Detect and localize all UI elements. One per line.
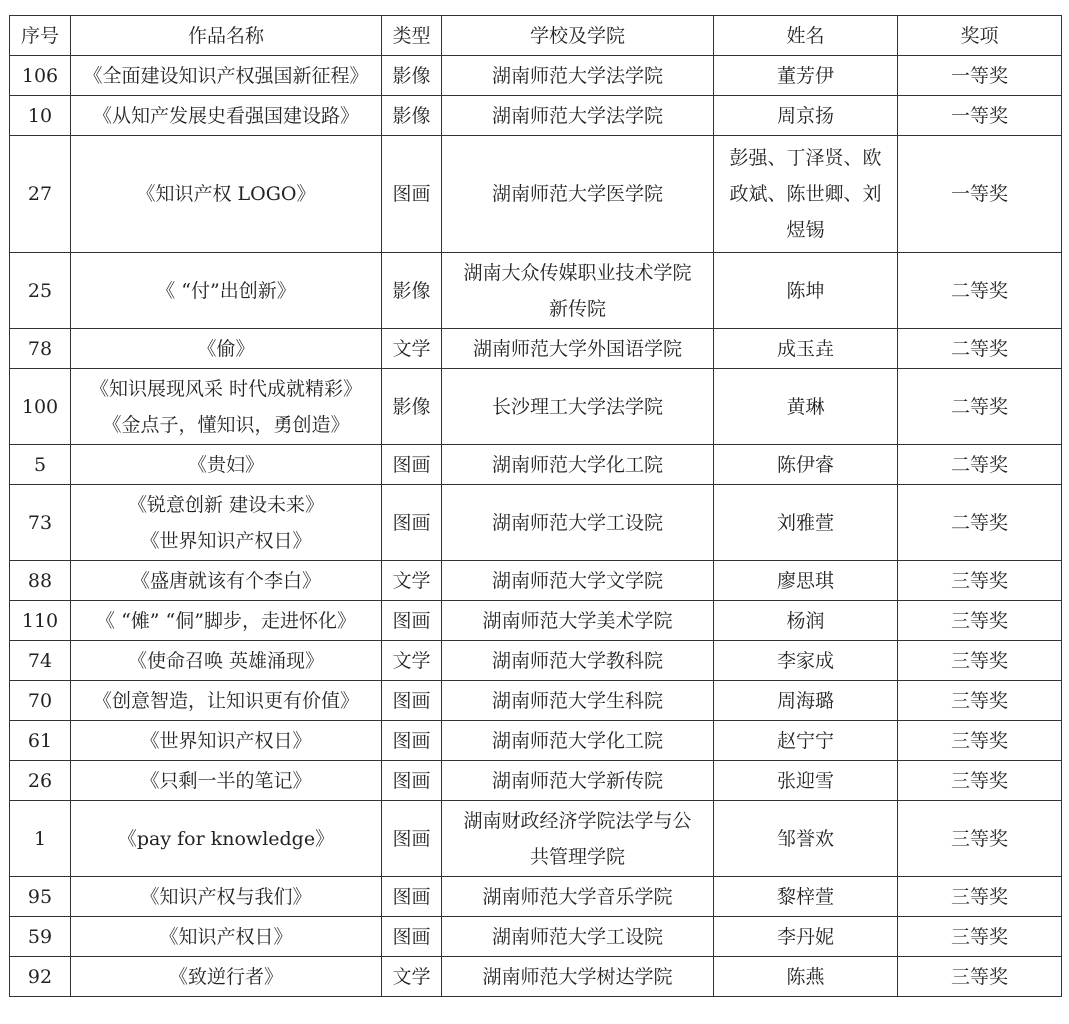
- cell-school: 湖南师范大学美术学院: [442, 601, 714, 641]
- cell-school: 湖南师范大学工设院: [442, 917, 714, 957]
- cell-no: 25: [10, 253, 71, 329]
- cell-type: 文学: [382, 957, 442, 997]
- cell-school-line: 湖南师范大学法学院: [446, 98, 709, 134]
- cell-name: 彭强、丁泽贤、欧政斌、陈世卿、刘煜锡: [714, 136, 898, 253]
- table-row: 70《创意智造，让知识更有价值》图画湖南师范大学生科院周海璐三等奖: [10, 681, 1062, 721]
- awards-table: 序号 作品名称 类型 学校及学院 姓名 奖项 106《全面建设知识产权强国新征程…: [9, 15, 1062, 997]
- cell-school-line: 湖南师范大学美术学院: [446, 603, 709, 639]
- table-row: 100《知识展现风采 时代成就精彩》《金点子，懂知识，勇创造》影像长沙理工大学法…: [10, 369, 1062, 445]
- cell-no: 61: [10, 721, 71, 761]
- cell-no: 92: [10, 957, 71, 997]
- table-body: 106《全面建设知识产权强国新征程》影像湖南师范大学法学院董芳伊一等奖10《从知…: [10, 56, 1062, 997]
- cell-school: 湖南师范大学化工院: [442, 445, 714, 485]
- cell-school-line: 湖南师范大学工设院: [446, 919, 709, 955]
- cell-type: 图画: [382, 136, 442, 253]
- cell-award: 一等奖: [898, 136, 1062, 253]
- cell-type: 图画: [382, 721, 442, 761]
- cell-name: 廖思琪: [714, 561, 898, 601]
- cell-no: 5: [10, 445, 71, 485]
- table-row: 78《偷》文学湖南师范大学外国语学院成玉垚二等奖: [10, 329, 1062, 369]
- cell-title-line: 《 “付”出创新》: [75, 273, 377, 309]
- cell-title-line: 《创意智造，让知识更有价值》: [75, 683, 377, 719]
- cell-title: 《锐意创新 建设未来》《世界知识产权日》: [71, 485, 382, 561]
- cell-type: 图画: [382, 877, 442, 917]
- cell-type: 文学: [382, 329, 442, 369]
- cell-award: 二等奖: [898, 485, 1062, 561]
- cell-title: 《从知产发展史看强国建设路》: [71, 96, 382, 136]
- cell-school: 湖南师范大学外国语学院: [442, 329, 714, 369]
- cell-school-line: 湖南师范大学化工院: [446, 447, 709, 483]
- cell-name: 李家成: [714, 641, 898, 681]
- cell-school-line: 湖南师范大学化工院: [446, 723, 709, 759]
- cell-type: 图画: [382, 601, 442, 641]
- cell-school-line: 新传院: [446, 291, 709, 327]
- cell-no: 70: [10, 681, 71, 721]
- cell-school-line: 湖南师范大学外国语学院: [446, 331, 709, 367]
- cell-name: 黄琳: [714, 369, 898, 445]
- cell-name-line: 彭强、丁泽贤、欧: [718, 140, 893, 176]
- cell-name: 董芳伊: [714, 56, 898, 96]
- cell-title-line: 《盛唐就该有个李白》: [75, 563, 377, 599]
- cell-school: 湖南财政经济学院法学与公共管理学院: [442, 801, 714, 877]
- cell-title-line: 《致逆行者》: [75, 959, 377, 995]
- cell-award: 三等奖: [898, 601, 1062, 641]
- cell-type: 图画: [382, 917, 442, 957]
- cell-title: 《pay for knowledge》: [71, 801, 382, 877]
- cell-title: 《使命召唤 英雄涌现》: [71, 641, 382, 681]
- cell-award: 三等奖: [898, 721, 1062, 761]
- cell-no: 10: [10, 96, 71, 136]
- cell-name-line: 董芳伊: [718, 58, 893, 94]
- cell-type: 图画: [382, 761, 442, 801]
- cell-school-line: 湖南师范大学生科院: [446, 683, 709, 719]
- cell-title-line: 《金点子，懂知识，勇创造》: [75, 407, 377, 443]
- cell-name-line: 周京扬: [718, 98, 893, 134]
- cell-award: 三等奖: [898, 801, 1062, 877]
- cell-title: 《 “傩” “侗”脚步，走进怀化》: [71, 601, 382, 641]
- cell-title: 《只剩一半的笔记》: [71, 761, 382, 801]
- header-type: 类型: [382, 16, 442, 56]
- cell-type: 图画: [382, 801, 442, 877]
- cell-title-line: 《 “傩” “侗”脚步，走进怀化》: [75, 603, 377, 639]
- cell-title-line: 《只剩一半的笔记》: [75, 763, 377, 799]
- cell-name-line: 黎梓萱: [718, 879, 893, 915]
- cell-title-line: 《世界知识产权日》: [75, 523, 377, 559]
- cell-title: 《偷》: [71, 329, 382, 369]
- cell-type: 图画: [382, 485, 442, 561]
- cell-name: 邹誉欢: [714, 801, 898, 877]
- cell-name: 周京扬: [714, 96, 898, 136]
- cell-school-line: 湖南师范大学树达学院: [446, 959, 709, 995]
- cell-name-line: 陈燕: [718, 959, 893, 995]
- cell-title: 《知识产权日》: [71, 917, 382, 957]
- cell-school: 湖南师范大学工设院: [442, 485, 714, 561]
- cell-name-line: 李丹妮: [718, 919, 893, 955]
- table-row: 26《只剩一半的笔记》图画湖南师范大学新传院张迎雪三等奖: [10, 761, 1062, 801]
- header-title: 作品名称: [71, 16, 382, 56]
- cell-school-line: 共管理学院: [446, 839, 709, 875]
- header-school: 学校及学院: [442, 16, 714, 56]
- table-row: 95《知识产权与我们》图画湖南师范大学音乐学院黎梓萱三等奖: [10, 877, 1062, 917]
- cell-award: 三等奖: [898, 561, 1062, 601]
- cell-title: 《创意智造，让知识更有价值》: [71, 681, 382, 721]
- header-no: 序号: [10, 16, 71, 56]
- cell-name-line: 陈坤: [718, 273, 893, 309]
- cell-no: 106: [10, 56, 71, 96]
- cell-school-line: 湖南大众传媒职业技术学院: [446, 255, 709, 291]
- cell-title-line: 《全面建设知识产权强国新征程》: [75, 58, 377, 94]
- cell-award: 二等奖: [898, 445, 1062, 485]
- cell-name-line: 周海璐: [718, 683, 893, 719]
- cell-name: 杨润: [714, 601, 898, 641]
- table-row: 10《从知产发展史看强国建设路》影像湖南师范大学法学院周京扬一等奖: [10, 96, 1062, 136]
- cell-no: 27: [10, 136, 71, 253]
- cell-school: 湖南师范大学医学院: [442, 136, 714, 253]
- cell-name-line: 陈伊睿: [718, 447, 893, 483]
- cell-award: 三等奖: [898, 957, 1062, 997]
- cell-name-line: 张迎雪: [718, 763, 893, 799]
- cell-school: 湖南师范大学法学院: [442, 56, 714, 96]
- cell-school-line: 湖南师范大学教科院: [446, 643, 709, 679]
- cell-title-line: 《知识产权日》: [75, 919, 377, 955]
- table-row: 92《致逆行者》文学湖南师范大学树达学院陈燕三等奖: [10, 957, 1062, 997]
- cell-title: 《致逆行者》: [71, 957, 382, 997]
- cell-name: 黎梓萱: [714, 877, 898, 917]
- cell-school: 湖南大众传媒职业技术学院新传院: [442, 253, 714, 329]
- cell-name: 成玉垚: [714, 329, 898, 369]
- table-row: 5《贵妇》图画湖南师范大学化工院陈伊睿二等奖: [10, 445, 1062, 485]
- cell-no: 59: [10, 917, 71, 957]
- cell-type: 影像: [382, 56, 442, 96]
- cell-school-line: 湖南师范大学音乐学院: [446, 879, 709, 915]
- cell-name-line: 邹誉欢: [718, 821, 893, 857]
- cell-title: 《知识产权与我们》: [71, 877, 382, 917]
- cell-school-line: 长沙理工大学法学院: [446, 389, 709, 425]
- cell-title-line: 《偷》: [75, 331, 377, 367]
- cell-name-line: 政斌、陈世卿、刘: [718, 176, 893, 212]
- table-row: 61《世界知识产权日》图画湖南师范大学化工院赵宁宁三等奖: [10, 721, 1062, 761]
- cell-type: 图画: [382, 445, 442, 485]
- cell-type: 图画: [382, 681, 442, 721]
- cell-name: 陈伊睿: [714, 445, 898, 485]
- table-header-row: 序号 作品名称 类型 学校及学院 姓名 奖项: [10, 16, 1062, 56]
- cell-title-line: 《知识展现风采 时代成就精彩》: [75, 371, 377, 407]
- cell-title-line: 《pay for knowledge》: [75, 821, 377, 857]
- cell-award: 二等奖: [898, 253, 1062, 329]
- cell-school: 湖南师范大学树达学院: [442, 957, 714, 997]
- table-row: 106《全面建设知识产权强国新征程》影像湖南师范大学法学院董芳伊一等奖: [10, 56, 1062, 96]
- cell-no: 26: [10, 761, 71, 801]
- cell-type: 影像: [382, 369, 442, 445]
- cell-name: 陈坤: [714, 253, 898, 329]
- cell-no: 1: [10, 801, 71, 877]
- cell-school: 湖南师范大学新传院: [442, 761, 714, 801]
- cell-name-line: 成玉垚: [718, 331, 893, 367]
- cell-school: 湖南师范大学音乐学院: [442, 877, 714, 917]
- cell-school: 湖南师范大学生科院: [442, 681, 714, 721]
- cell-title: 《知识产权 LOGO》: [71, 136, 382, 253]
- cell-title-line: 《世界知识产权日》: [75, 723, 377, 759]
- cell-school: 湖南师范大学法学院: [442, 96, 714, 136]
- table-row: 1《pay for knowledge》图画湖南财政经济学院法学与公共管理学院邹…: [10, 801, 1062, 877]
- cell-title-line: 《知识产权 LOGO》: [75, 176, 377, 212]
- cell-award: 一等奖: [898, 96, 1062, 136]
- cell-title: 《盛唐就该有个李白》: [71, 561, 382, 601]
- cell-type: 文学: [382, 641, 442, 681]
- cell-title: 《全面建设知识产权强国新征程》: [71, 56, 382, 96]
- cell-name-line: 杨润: [718, 603, 893, 639]
- cell-award: 三等奖: [898, 917, 1062, 957]
- cell-school: 湖南师范大学文学院: [442, 561, 714, 601]
- cell-name: 陈燕: [714, 957, 898, 997]
- cell-title: 《贵妇》: [71, 445, 382, 485]
- table-row: 73《锐意创新 建设未来》《世界知识产权日》图画湖南师范大学工设院刘雅萱二等奖: [10, 485, 1062, 561]
- cell-no: 74: [10, 641, 71, 681]
- cell-no: 100: [10, 369, 71, 445]
- table-row: 27《知识产权 LOGO》图画湖南师范大学医学院彭强、丁泽贤、欧政斌、陈世卿、刘…: [10, 136, 1062, 253]
- cell-school-line: 湖南师范大学工设院: [446, 505, 709, 541]
- cell-name: 刘雅萱: [714, 485, 898, 561]
- cell-school-line: 湖南师范大学法学院: [446, 58, 709, 94]
- cell-name-line: 廖思琪: [718, 563, 893, 599]
- table-row: 88《盛唐就该有个李白》文学湖南师范大学文学院廖思琪三等奖: [10, 561, 1062, 601]
- cell-name: 李丹妮: [714, 917, 898, 957]
- cell-title-line: 《知识产权与我们》: [75, 879, 377, 915]
- cell-award: 二等奖: [898, 329, 1062, 369]
- cell-school: 湖南师范大学化工院: [442, 721, 714, 761]
- cell-title-line: 《贵妇》: [75, 447, 377, 483]
- cell-name-line: 赵宁宁: [718, 723, 893, 759]
- cell-school: 湖南师范大学教科院: [442, 641, 714, 681]
- cell-no: 73: [10, 485, 71, 561]
- cell-type: 影像: [382, 253, 442, 329]
- cell-award: 一等奖: [898, 56, 1062, 96]
- cell-name: 周海璐: [714, 681, 898, 721]
- cell-title-line: 《锐意创新 建设未来》: [75, 487, 377, 523]
- cell-award: 三等奖: [898, 681, 1062, 721]
- cell-award: 三等奖: [898, 641, 1062, 681]
- table-row: 110《 “傩” “侗”脚步，走进怀化》图画湖南师范大学美术学院杨润三等奖: [10, 601, 1062, 641]
- table-row: 25《 “付”出创新》影像湖南大众传媒职业技术学院新传院陈坤二等奖: [10, 253, 1062, 329]
- table-row: 74《使命召唤 英雄涌现》文学湖南师范大学教科院李家成三等奖: [10, 641, 1062, 681]
- cell-title-line: 《使命召唤 英雄涌现》: [75, 643, 377, 679]
- cell-name-line: 黄琳: [718, 389, 893, 425]
- cell-school: 长沙理工大学法学院: [442, 369, 714, 445]
- cell-school-line: 湖南师范大学新传院: [446, 763, 709, 799]
- cell-award: 二等奖: [898, 369, 1062, 445]
- cell-school-line: 湖南师范大学文学院: [446, 563, 709, 599]
- cell-no: 78: [10, 329, 71, 369]
- cell-name: 赵宁宁: [714, 721, 898, 761]
- cell-name-line: 李家成: [718, 643, 893, 679]
- cell-award: 三等奖: [898, 877, 1062, 917]
- cell-no: 110: [10, 601, 71, 641]
- cell-no: 95: [10, 877, 71, 917]
- cell-name-line: 刘雅萱: [718, 505, 893, 541]
- cell-award: 三等奖: [898, 761, 1062, 801]
- cell-no: 88: [10, 561, 71, 601]
- cell-type: 影像: [382, 96, 442, 136]
- cell-title: 《 “付”出创新》: [71, 253, 382, 329]
- header-name: 姓名: [714, 16, 898, 56]
- cell-title-line: 《从知产发展史看强国建设路》: [75, 98, 377, 134]
- cell-title: 《知识展现风采 时代成就精彩》《金点子，懂知识，勇创造》: [71, 369, 382, 445]
- cell-name-line: 煜锡: [718, 212, 893, 248]
- cell-type: 文学: [382, 561, 442, 601]
- cell-school-line: 湖南师范大学医学院: [446, 176, 709, 212]
- header-award: 奖项: [898, 16, 1062, 56]
- cell-name: 张迎雪: [714, 761, 898, 801]
- cell-school-line: 湖南财政经济学院法学与公: [446, 803, 709, 839]
- cell-title: 《世界知识产权日》: [71, 721, 382, 761]
- table-row: 59《知识产权日》图画湖南师范大学工设院李丹妮三等奖: [10, 917, 1062, 957]
